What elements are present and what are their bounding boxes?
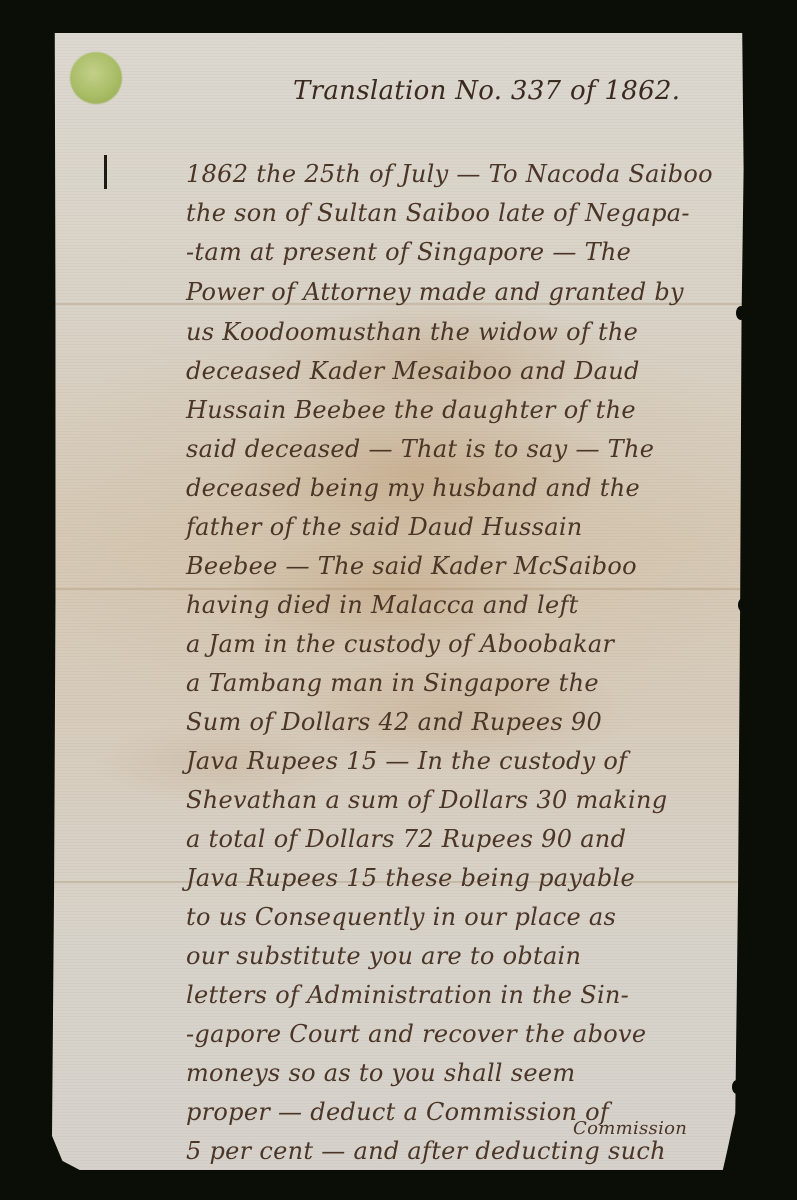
text-line: a Jam in the custody of Aboobakar (186, 630, 614, 658)
fold-line (52, 588, 745, 590)
document-title: Translation No. 337 of 1862. (293, 76, 680, 106)
text-line: deceased Kader Mesaiboo and Daud (186, 357, 640, 385)
text-line: said deceased — That is to say — The (186, 435, 654, 463)
text-line: deceased being my husband and the (186, 474, 640, 502)
edge-tear (736, 306, 746, 320)
text-line: Java Rupees 15 — In the custody of (186, 747, 627, 775)
text-line: the son of Sultan Saiboo late of Negapa- (186, 199, 690, 227)
text-line: letters of Administration in the Sin- (186, 981, 629, 1009)
text-line: Java Rupees 15 these being payable (186, 864, 635, 892)
text-line: proper — deduct a Commission of (186, 1098, 609, 1126)
text-line: Sum of Dollars 42 and Rupees 90 (186, 708, 602, 736)
green-wafer-seal-icon (70, 52, 122, 104)
text-line: Power of Attorney made and granted by (186, 278, 684, 306)
text-line: Shevathan a sum of Dollars 30 making (186, 786, 667, 814)
text-line: a Tambang man in Singapore the (186, 669, 599, 697)
text-line: our substitute you are to obtain (186, 942, 581, 970)
pin-hole-mark (104, 155, 107, 189)
edge-tear (738, 598, 748, 612)
text-line: Hussain Beebee the daughter of the (186, 396, 636, 424)
text-line: -tam at present of Singapore — The (186, 238, 631, 266)
text-line: father of the said Daud Hussain (186, 513, 583, 541)
text-line: 5 per cent — and after deducting such (186, 1137, 666, 1165)
text-line: to us Consequently in our place as (186, 903, 616, 931)
text-line: a total of Dollars 72 Rupees 90 and (186, 825, 626, 853)
catchword: Commission (573, 1118, 687, 1139)
text-line: having died in Malacca and left (186, 591, 579, 619)
text-line: Beebee — The said Kader McSaiboo (186, 552, 637, 580)
edge-tear (732, 1080, 742, 1094)
text-line: us Koodoomusthan the widow of the (186, 318, 638, 346)
text-line: -gapore Court and recover the above (186, 1020, 646, 1048)
text-line: 1862 the 25th of July — To Nacoda Saiboo (186, 160, 713, 188)
text-line: moneys so as to you shall seem (186, 1059, 575, 1087)
document-viewer: Translation No. 337 of 1862. 1862 the 25… (0, 0, 797, 1200)
